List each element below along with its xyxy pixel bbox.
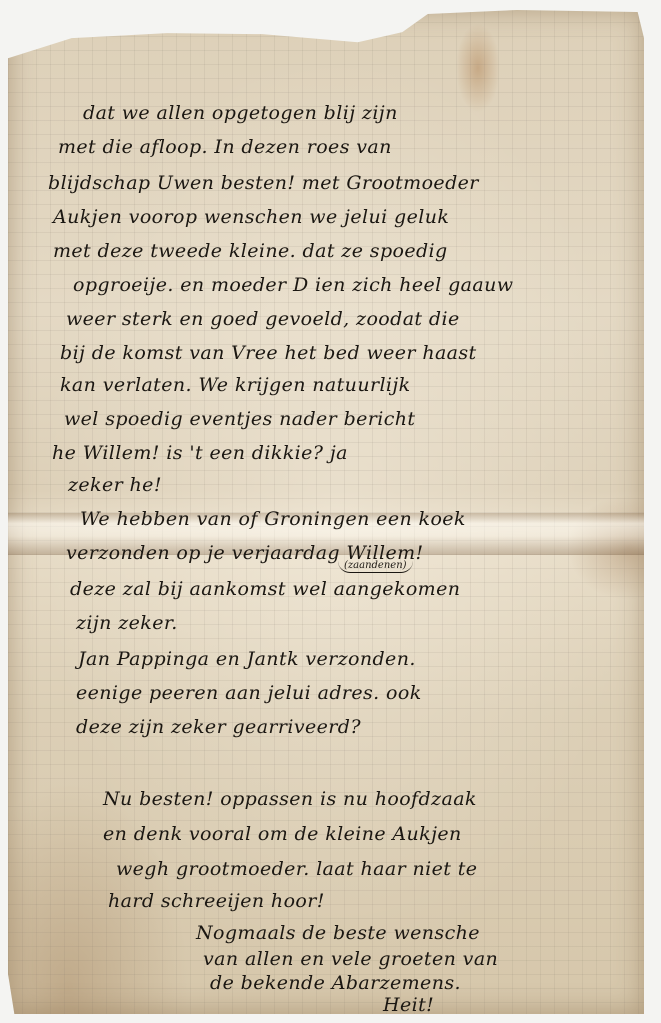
letter-line: wel spoedig eventjes nader bericht [64, 408, 415, 430]
letter-line: kan verlaten. We krijgen natuurlijk [60, 374, 411, 396]
letter-line: hard schreeijen hoor! [108, 890, 325, 912]
letter-line: dat we allen opgetogen blij zijn [83, 102, 398, 124]
letter-line: Aukjen voorop wenschen we jelui geluk [53, 206, 449, 228]
closing-line: Nogmaals de beste wensche [196, 922, 480, 944]
letter-line: weer sterk en goed gevoeld, zoodat die [66, 308, 460, 330]
interlinear-note: (zaandenen) [338, 560, 413, 573]
letter-line: zeker he! [68, 474, 162, 496]
letter-page: dat we allen opgetogen blij zijn met die… [8, 8, 644, 1014]
letter-line: opgroeije. en moeder D ien zich heel gaa… [73, 274, 513, 296]
letter-line: We hebben van of Groningen een koek [80, 508, 466, 530]
letter-line: deze zijn zeker gearriveerd? [76, 716, 361, 738]
letter-line: met deze tweede kleine. dat ze spoedig [53, 240, 448, 262]
letter-line: wegh grootmoeder. laat haar niet te [116, 858, 477, 880]
letter-line: eenige peeren aan jelui adres. ook [76, 682, 422, 704]
letter-line: blijdschap Uwen besten! met Grootmoeder [48, 172, 479, 194]
letter-line: bij de komst van Vree het bed weer haast [60, 342, 477, 364]
letter-line: Nu besten! oppassen is nu hoofdzaak [103, 788, 477, 810]
letter-line: en denk vooral om de kleine Aukjen [103, 823, 462, 845]
letter-line: deze zal bij aankomst wel aangekomen [70, 578, 460, 600]
closing-line: de bekende Abarzemens. [210, 972, 461, 994]
letter-line: he Willem! is 't een dikkie? ja [52, 442, 348, 464]
closing-line: van allen en vele groeten van [203, 948, 498, 970]
letter-line: zijn zeker. [76, 612, 178, 634]
letter-line: met die afloop. In dezen roes van [58, 136, 392, 158]
signature: Heit! [383, 994, 434, 1016]
letter-line: Jan Pappinga en Jantk verzonden. [78, 648, 416, 670]
